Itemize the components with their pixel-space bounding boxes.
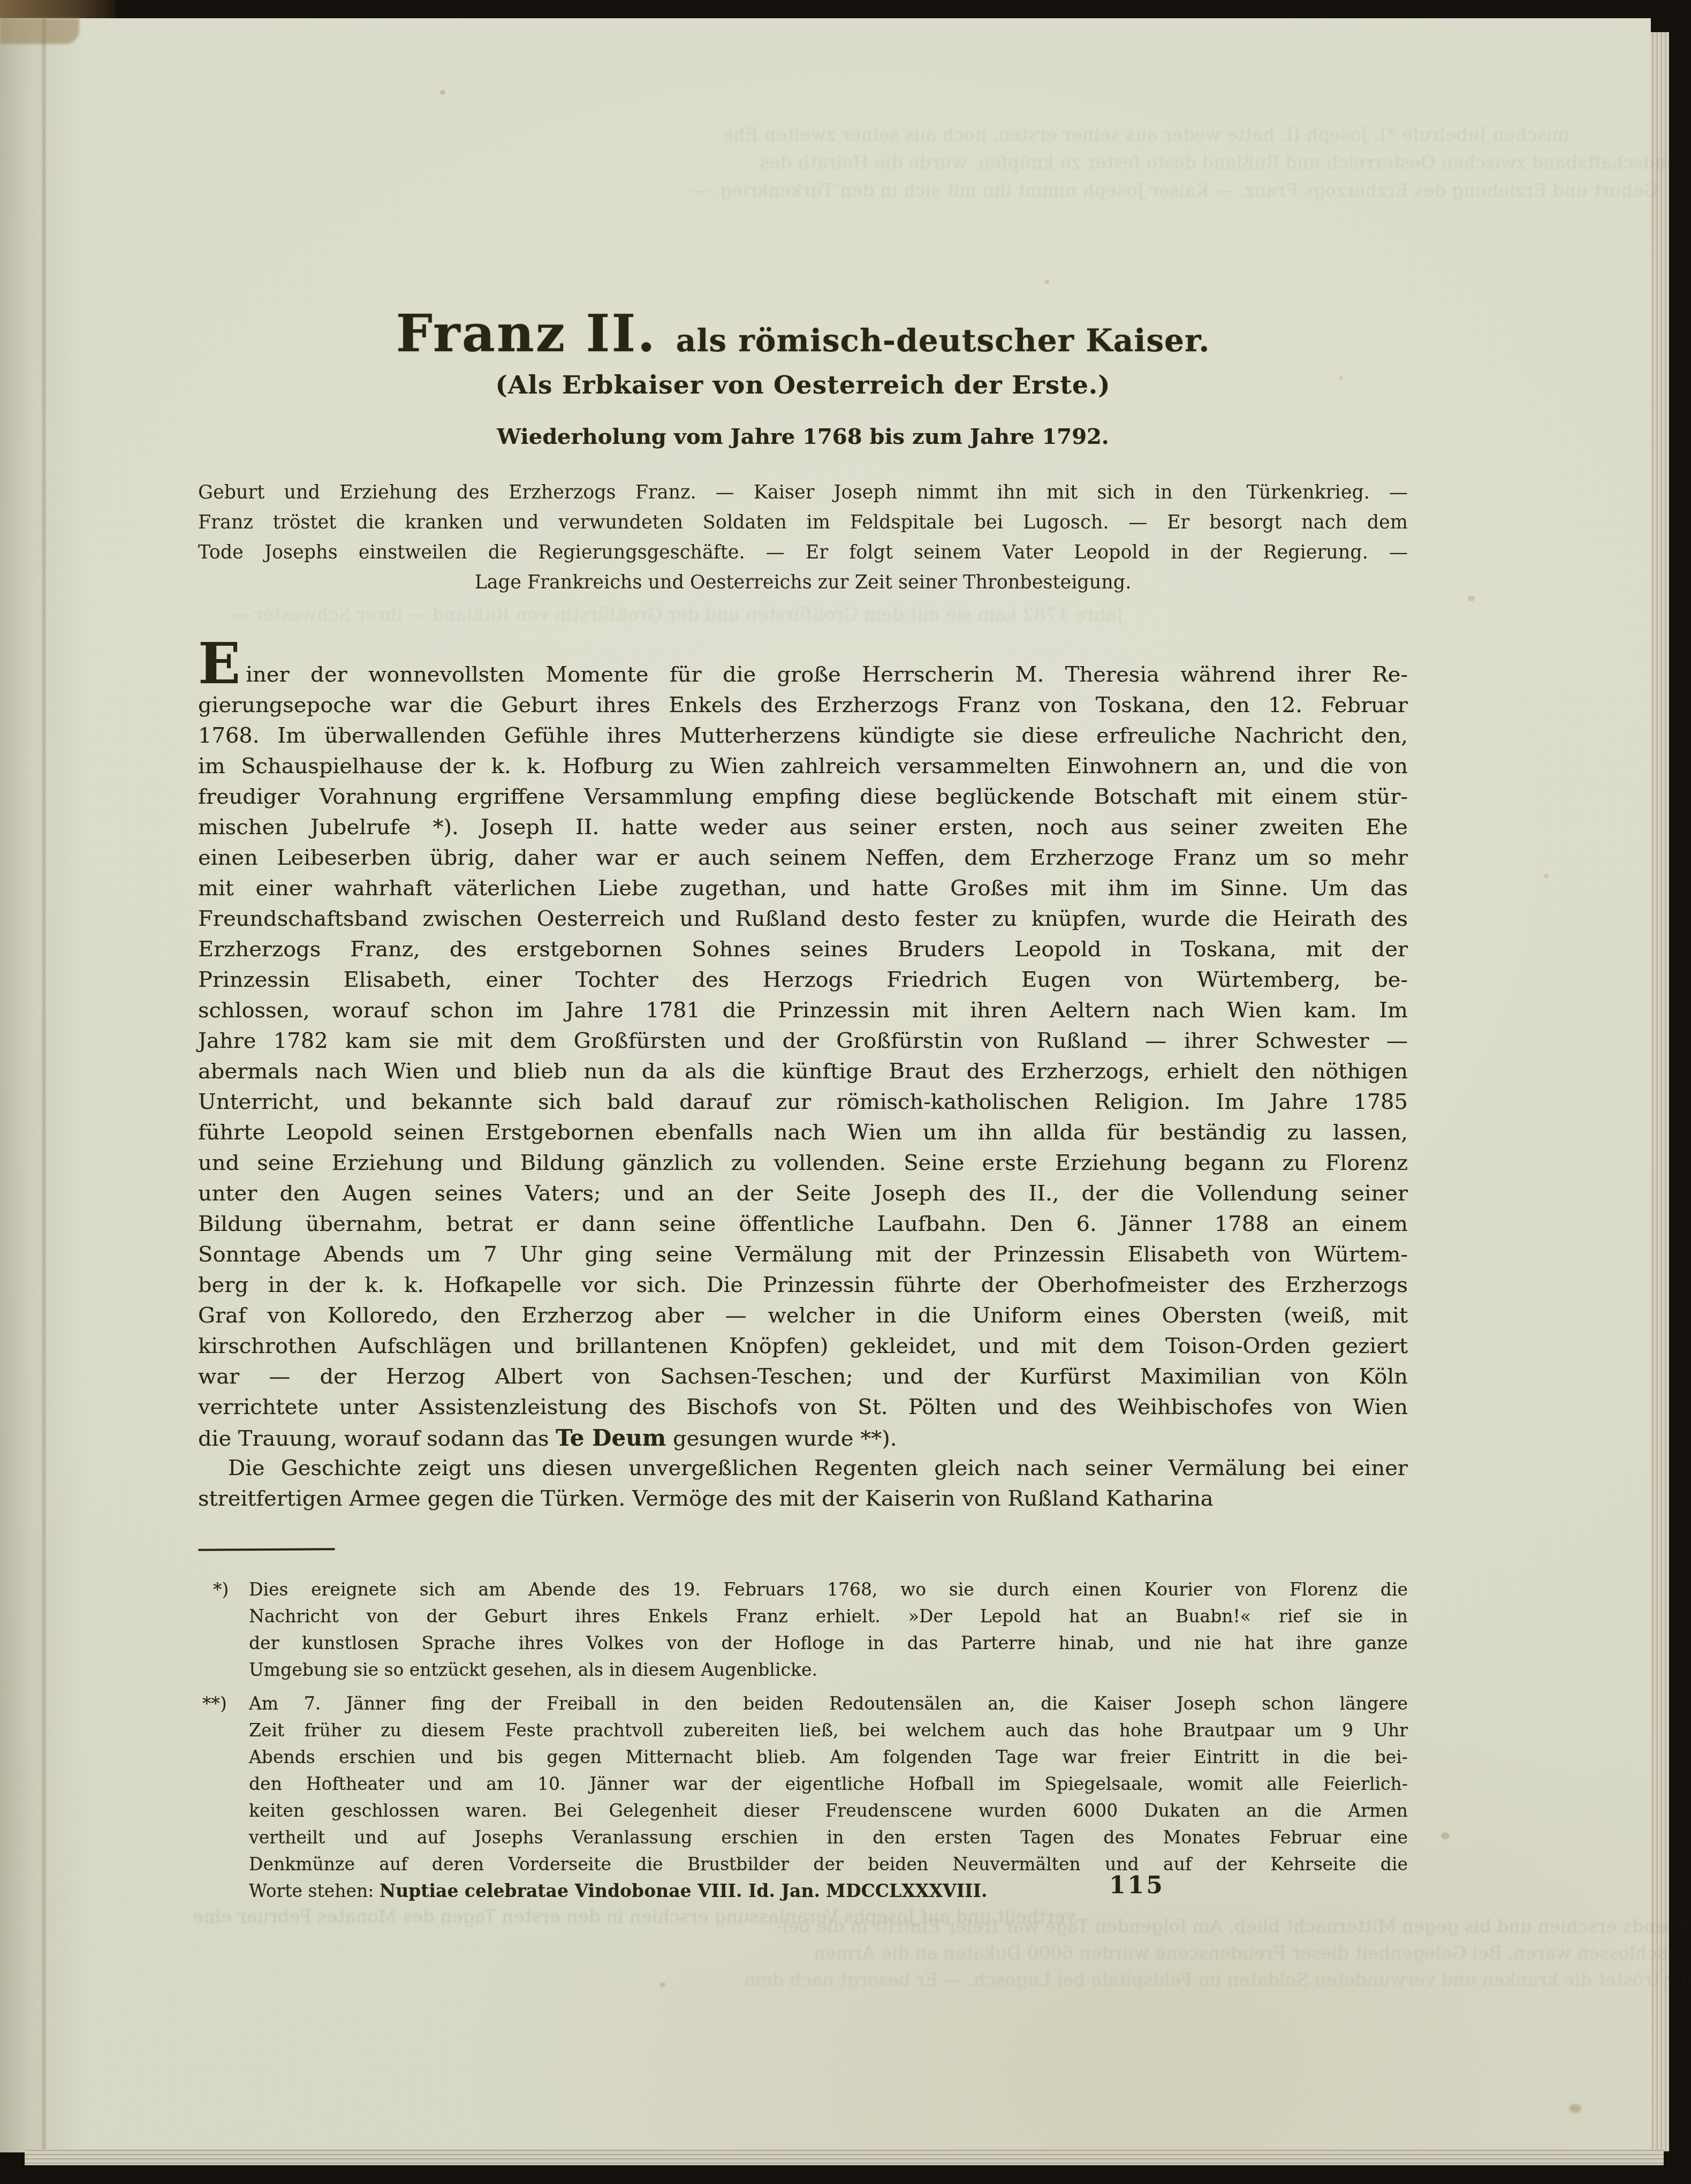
latin-inscription: Nuptiae celebratae Vindobonae VIII. Id. … [380,1880,987,1901]
text-line: streitfertigen Armee gegen die Türken. V… [198,1484,1408,1514]
text-line: berg in der k. k. Hofkapelle vor sich. D… [198,1270,1408,1301]
text-line: und seine Erziehung und Bildung gänzlich… [198,1148,1408,1178]
footnote-line: der kunstlosen Sprache ihres Volkes von … [249,1630,1408,1657]
text-line: Jahre 1782 kam sie mit dem Großfürsten u… [198,1026,1408,1056]
footnote-line-latin: Worte stehen: Nuptiae celebratae Vindobo… [249,1878,1408,1905]
text-line: Die Geschichte zeigt uns diesen unvergeß… [198,1453,1408,1484]
page-title-main: Franz II. [396,303,657,364]
footnote-1-marker: *) [213,1576,229,1603]
text-line: Erzherzogs Franz, des erstgebornen Sohne… [198,934,1408,965]
summary-line: Geburt und Erziehung des Erzherzogs Fran… [198,478,1408,508]
footnote-line: Nachricht von der Geburt ihres Enkels Fr… [249,1603,1408,1630]
text-line: im Schauspielhause der k. k. Hofburg zu … [198,751,1408,782]
text-line: mit einer wahrhaft väterlichen Liebe zug… [198,873,1408,904]
page-title-rest: als römisch-deutscher Kaiser. [676,322,1210,359]
footnote-line-part: Worte stehen: [249,1880,380,1901]
text-line: unter den Augen seines Vaters; und an de… [198,1178,1408,1209]
text-line: war — der Herzog Albert von Sachsen-Tesc… [198,1362,1408,1392]
footnote-line: Umgebung sie so entzückt gesehen, als in… [249,1657,1408,1683]
page-subtitle: (Als Erbkaiser von Oesterreich der Erste… [198,371,1408,400]
text-line: Freundschaftsband zwischen Oesterreich u… [198,904,1408,934]
text-line-part: iner der wonnevollsten Momente für die g… [246,662,1408,687]
footnote-line: Am 7. Jänner fing der Freiball in den be… [249,1690,1408,1717]
chapter-summary: Geburt und Erziehung des Erzherzogs Fran… [198,478,1408,598]
footnote-line: Denkmünze auf deren Vorderseite die Brus… [249,1851,1408,1878]
footnote-line: Abends erschien und bis gegen Mitternach… [249,1744,1408,1771]
footnote-line: Zeit früher zu diesem Feste prachtvoll z… [249,1717,1408,1744]
text-line: abermals nach Wien und blieb nun da als … [198,1056,1408,1087]
series-line: Wiederholung vom Jahre 1768 bis zum Jahr… [198,424,1408,449]
footnote-line: den Hoftheater und am 10. Jänner war der… [249,1771,1408,1797]
footnote-1-body: Dies ereignete sich am Abende des 19. Fe… [249,1576,1408,1683]
text-line-part: gesungen wurde **). [666,1426,897,1451]
footnote-line: vertheilt und auf Josephs Veranlassung e… [249,1824,1408,1851]
summary-line: Franz tröstet die kranken und verwundete… [198,508,1408,538]
body-paragraphs: Einer der wonnevollsten Momente für die … [198,660,1408,1514]
footnote-2-marker: **) [202,1690,227,1717]
summary-line: Tode Josephs einstweilen die Regierungsg… [198,538,1408,568]
text-line: führte Leopold seinen Erstgebornen ebenf… [198,1117,1408,1148]
footnote-1: *) Dies ereignete sich am Abende des 19.… [198,1576,1408,1683]
gutter-crease [43,18,45,2152]
text-line: schlossen, worauf schon im Jahre 1781 di… [198,995,1408,1026]
summary-line: Lage Frankreichs und Oesterreichs zur Ze… [198,568,1408,598]
footnote-2: **) Am 7. Jänner fing der Freiball in de… [198,1690,1408,1905]
footnote-2-body: Am 7. Jänner fing der Freiball in den be… [249,1690,1408,1905]
text-line: kirschrothen Aufschlägen und brillantene… [198,1331,1408,1362]
text-line: verrichtete unter Assistenzleistung des … [198,1392,1408,1423]
drop-cap-initial: E [198,631,240,697]
text-line: mischen Jubelrufe *). Joseph II. hatte w… [198,812,1408,843]
text-line: Prinzessin Elisabeth, einer Tochter des … [198,965,1408,995]
text-line: Bildung übernahm, betrat er dann seine ö… [198,1209,1408,1240]
text-line: Unterricht, und bekannte sich bald darau… [198,1087,1408,1117]
binding-fragment [0,18,79,44]
text-line-part: die Trauung, worauf sodann das [198,1426,556,1451]
text-line: Sonntage Abends um 7 Uhr ging seine Verm… [198,1240,1408,1270]
text-line: 1768. Im überwallenden Gefühle ihres Mut… [198,721,1408,751]
scanned-book-page: { "colors": { "paper": "#d8d9c7", "ink":… [0,0,1691,2184]
text-line-te-deum: die Trauung, worauf sodann das Te Deum g… [198,1423,1408,1453]
te-deum-emphasis: Te Deum [556,1425,666,1451]
text-line: Einer der wonnevollsten Momente für die … [198,660,1408,690]
page-title: Franz II. als römisch-deutscher Kaiser. [198,303,1408,364]
page-edges-right [1651,32,1669,2151]
text-line: freudiger Vorahnung ergriffene Versammlu… [198,782,1408,812]
footnotes-section: *) Dies ereignete sich am Abende des 19.… [198,1576,1408,1905]
binding-spine-edge [0,0,115,18]
text-line: Graf von Kolloredo, den Erzherzog aber —… [198,1301,1408,1331]
footnote-line: keiten geschlossen waren. Bei Gelegenhei… [249,1797,1408,1824]
footnote-line: Dies ereignete sich am Abende des 19. Fe… [249,1576,1408,1603]
text-line: gierungsepoche war die Geburt ihres Enke… [198,690,1408,721]
page-edges-bottom [25,2149,1664,2165]
page-number: 115 [1109,1872,1165,1899]
text-line: einen Leibeserben übrig, daher war er au… [198,843,1408,873]
